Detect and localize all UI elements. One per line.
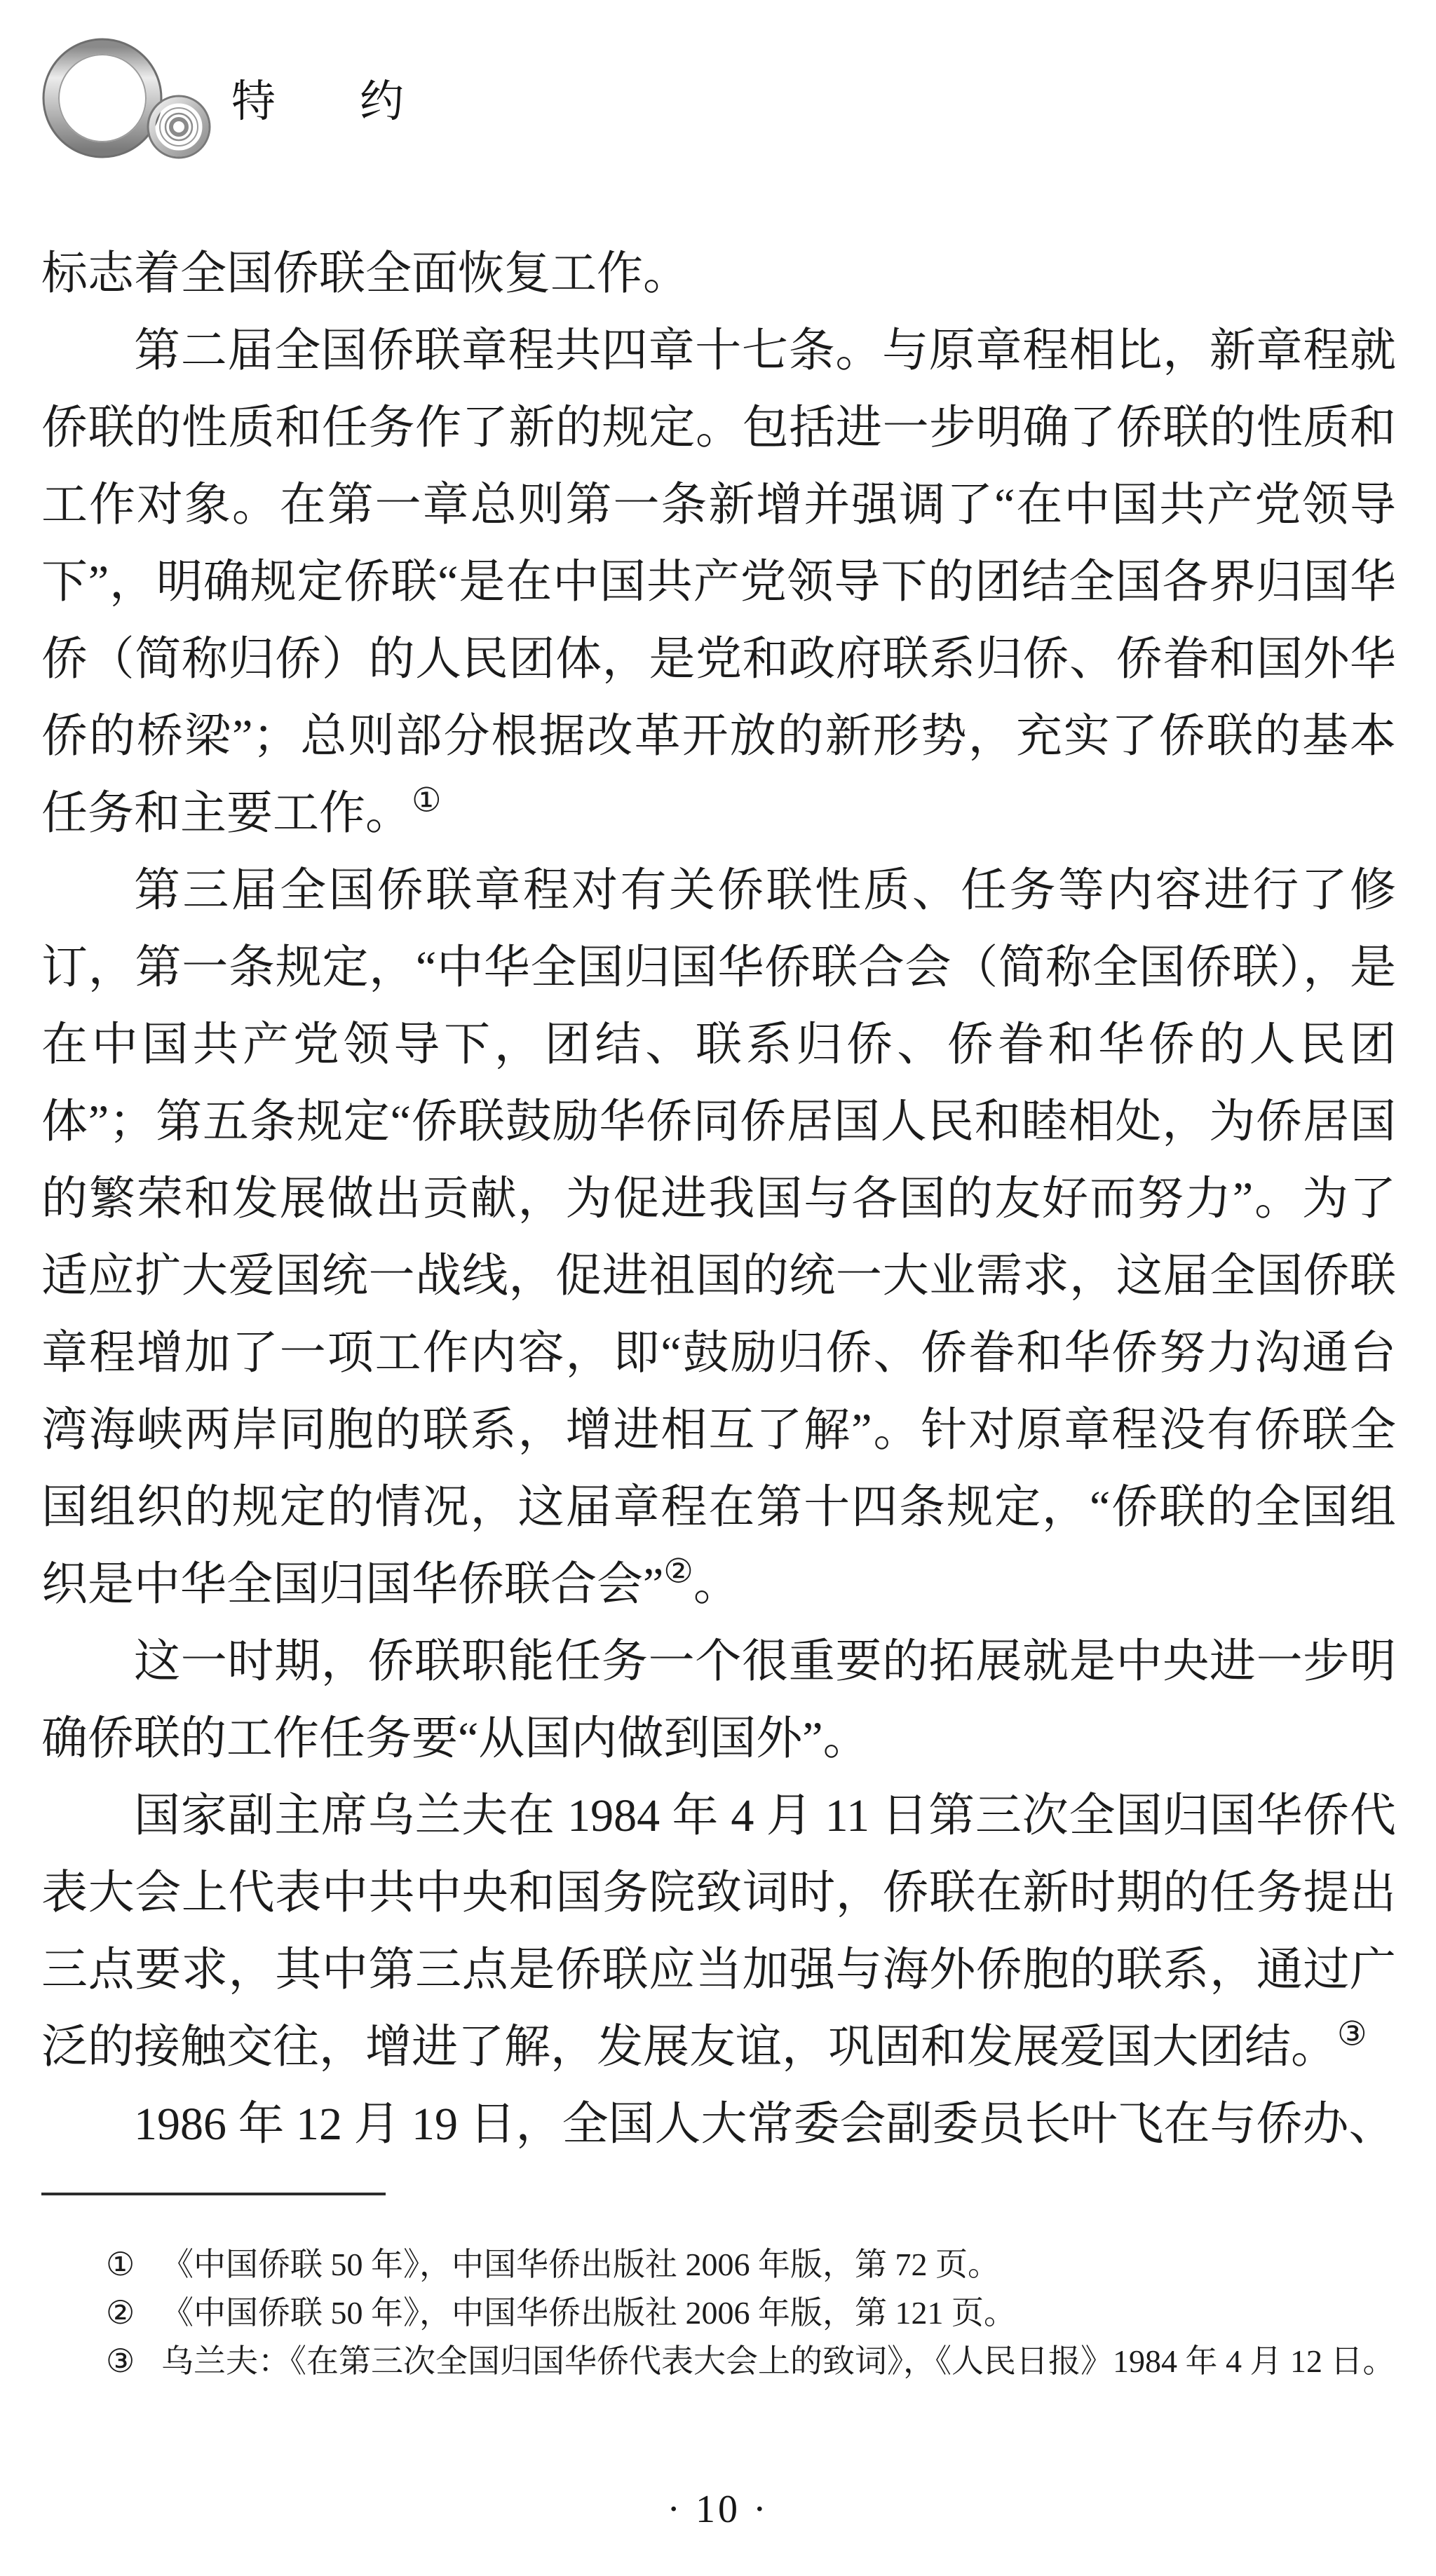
footnote-text: 乌兰夫：《在第三次全国归国华侨代表大会上的致词》，《人民日报》1984 年 4 … [161,2343,1395,2379]
page-header: 特 约 [0,0,1436,168]
page-number: · 10 · [0,2485,1436,2534]
text-run: 这一时期，侨联职能任务一个很重要的拓展就是中央进一步明确侨联的工作任务要“从国内… [41,1636,1396,1764]
footnote-marker: ② [106,2295,135,2331]
body-text: 标志着全国侨联全面恢复工作。第二届全国侨联章程共四章十七条。与原章程相比，新章程… [41,236,1396,2163]
footnote: ②《中国侨联 50 年》，中国华侨出版社 2006 年版，第 121 页。 [41,2289,1396,2337]
paragraph: 第三届全国侨联章程对有关侨联性质、任务等内容进行了修订，第一条规定，“中华全国归… [41,852,1396,1623]
section-category-title: 特 约 [231,77,404,126]
text-run: 国家副主席乌兰夫在 1984 年 4 月 11 日第三次全国归国华侨代表大会上代… [41,1790,1396,2073]
book-page: 特 约 标志着全国侨联全面恢复工作。第二届全国侨联章程共四章十七条。与原章程相比… [0,0,1436,2576]
footnote: ①《中国侨联 50 年》，中国华侨出版社 2006 年版，第 72 页。 [41,2240,1396,2289]
text-run: 。 [693,1559,740,1610]
rings-logo-icon [41,35,212,163]
paragraph: 这一时期，侨联职能任务一个很重要的拓展就是中央进一步明确侨联的工作任务要“从国内… [41,1623,1396,1778]
footnote-divider [41,2193,386,2195]
page-number-text: · 10 · [667,2488,768,2531]
text-run: 第二届全国侨联章程共四章十七条。与原章程相比，新章程就侨联的性质和任务作了新的规… [41,325,1396,839]
text-run: 标志着全国侨联全面恢复工作。 [41,248,689,299]
text-run: 1986 年 12 月 19 日，全国人大常委会副委员长叶飞在与侨办、 [134,2099,1395,2150]
footnote-text: 《中国侨联 50 年》，中国华侨出版社 2006 年版，第 72 页。 [161,2247,1000,2282]
category-char-1: 特 [231,77,276,126]
footnote-ref: ② [663,1553,693,1590]
text-run: 第三届全国侨联章程对有关侨联性质、任务等内容进行了修订，第一条规定，“中华全国归… [41,865,1396,1610]
footnote: ③乌兰夫：《在第三次全国归国华侨代表大会上的致词》，《人民日报》1984 年 4… [41,2337,1396,2385]
footnote-marker: ③ [106,2343,135,2379]
footnote-ref: ① [412,782,442,819]
footnote-ref: ③ [1337,2016,1367,2052]
paragraph: 1986 年 12 月 19 日，全国人大常委会副委员长叶飞在与侨办、 [41,2086,1396,2163]
paragraph: 第二届全国侨联章程共四章十七条。与原章程相比，新章程就侨联的性质和任务作了新的规… [41,313,1396,852]
footnote-marker: ① [106,2247,135,2282]
footnote-text: 《中国侨联 50 年》，中国华侨出版社 2006 年版，第 121 页。 [161,2295,1016,2331]
paragraph: 标志着全国侨联全面恢复工作。 [41,236,1396,313]
footnotes: ①《中国侨联 50 年》，中国华侨出版社 2006 年版，第 72 页。②《中国… [41,2240,1396,2385]
category-char-2: 约 [360,77,404,126]
paragraph: 国家副主席乌兰夫在 1984 年 4 月 11 日第三次全国归国华侨代表大会上代… [41,1778,1396,2086]
